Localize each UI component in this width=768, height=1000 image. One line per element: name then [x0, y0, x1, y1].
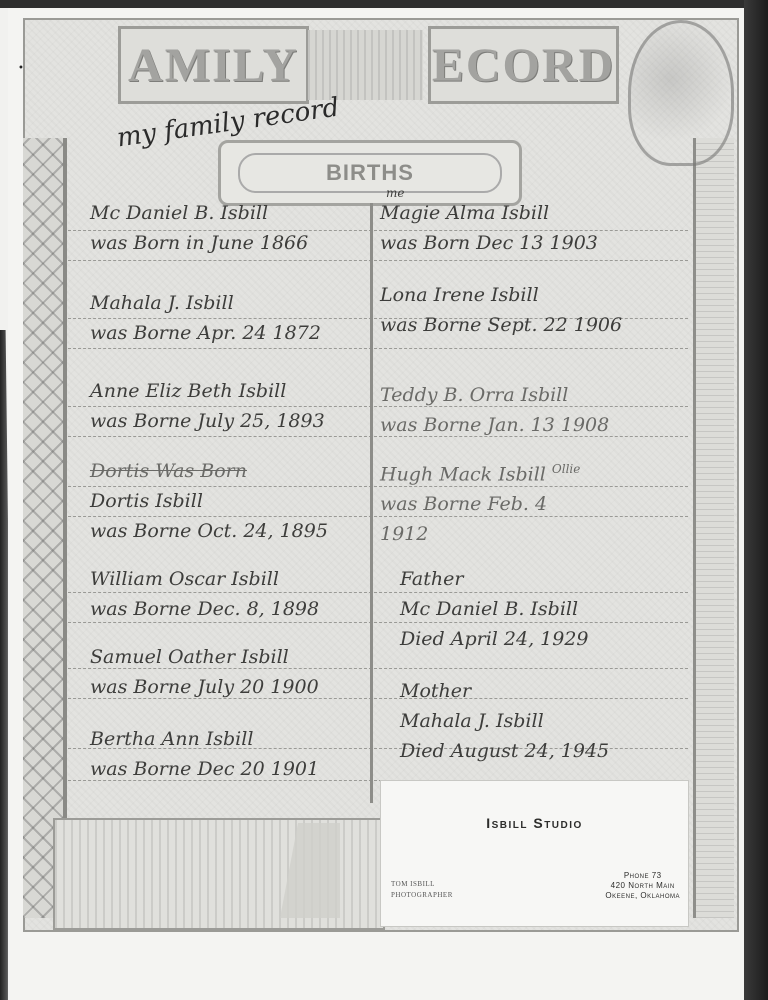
entry-name: Anne Eliz Beth Isbill — [90, 376, 325, 406]
ruled-line — [68, 260, 688, 261]
entry-name: Hugh Mack Isbill — [380, 463, 546, 485]
entry-name: Lona Irene Isbill — [380, 280, 622, 310]
scroll-ornament-icon — [628, 20, 734, 166]
phone: Phone 73 — [605, 871, 680, 881]
mother-name: Mahala J. Isbill — [400, 706, 609, 736]
entry-birth: was Borne Dec 20 1901 — [90, 754, 319, 784]
birth-entry: Hugh Mack Isbill Ollie was Borne Feb. 4 … — [380, 454, 580, 549]
entry-birth: was Borne Feb. 4 — [380, 489, 580, 519]
births-label: BIRTHS — [238, 153, 502, 193]
entry-birth: was Born in June 1866 — [90, 228, 308, 258]
entry-birth: was Borne Jan. 13 1908 — [380, 410, 609, 440]
birth-entry: Bertha Ann Isbill was Borne Dec 20 1901 — [90, 724, 319, 784]
father-died: Died April 24, 1929 — [400, 624, 589, 654]
studio-name: Isbill Studio — [381, 815, 688, 831]
births-banner: BIRTHS — [218, 140, 522, 206]
business-card: Isbill Studio TOM ISBILL PHOTOGRAPHER Ph… — [380, 780, 689, 927]
birth-entry: Mahala J. Isbill was Borne Apr. 24 1872 — [90, 288, 321, 348]
birth-entry: Magie Alma Isbill was Born Dec 13 1903 — [380, 198, 598, 258]
birth-entry: Dortis Was Born Dortis Isbill was Borne … — [90, 456, 328, 546]
entry-birth: was Borne Sept. 22 1906 — [380, 310, 622, 340]
family-record-page: • • • AMILY ECORD my family record BIRTH… — [8, 8, 744, 1000]
ruled-line — [68, 348, 688, 349]
entry-birth-year: 1912 — [380, 519, 580, 549]
contact-block: Phone 73 420 North Main Okeene, Oklahoma — [605, 871, 680, 901]
right-ornamental-border — [693, 138, 734, 918]
entry-name: Samuel Oather Isbill — [90, 642, 319, 672]
entry-name: William Oscar Isbill — [90, 564, 319, 594]
entry-name: Bertha Ann Isbill — [90, 724, 319, 754]
entry-birth: was Borne July 20 1900 — [90, 672, 319, 702]
entry-name: Magie Alma Isbill — [380, 198, 598, 228]
birth-entry: Mc Daniel B. Isbill was Born in June 186… — [90, 198, 308, 258]
address: 420 North Main — [605, 881, 680, 891]
father-label: Father — [400, 564, 589, 594]
birth-entry: Lona Irene Isbill was Borne Sept. 22 190… — [380, 280, 622, 340]
father-record: Father Mc Daniel B. Isbill Died April 24… — [400, 564, 589, 654]
title-family: AMILY — [118, 26, 309, 104]
entry-birth: was Borne Apr. 24 1872 — [90, 318, 321, 348]
entry-birth: was Borne Dec. 8, 1898 — [90, 594, 319, 624]
father-name: Mc Daniel B. Isbill — [400, 594, 589, 624]
owner-block: TOM ISBILL PHOTOGRAPHER — [391, 879, 453, 901]
birth-entry: Teddy B. Orra Isbill was Borne Jan. 13 1… — [380, 380, 609, 440]
mother-died: Died August 24, 1945 — [400, 736, 609, 766]
entry-name: Mc Daniel B. Isbill — [90, 198, 308, 228]
title-record: ECORD — [428, 26, 619, 104]
owner-name: TOM ISBILL — [391, 879, 453, 890]
entry-name: Dortis Isbill — [90, 486, 328, 516]
scan-right-edge — [744, 0, 768, 1000]
left-ornamental-border — [23, 138, 67, 918]
city: Okeene, Oklahoma — [605, 891, 680, 901]
birth-entry: Anne Eliz Beth Isbill was Borne July 25,… — [90, 376, 325, 436]
entry-name: Teddy B. Orra Isbill — [380, 380, 609, 410]
entry-aside: Ollie — [552, 462, 580, 476]
entry-birth: was Born Dec 13 1903 — [380, 228, 598, 258]
birth-entry: Samuel Oather Isbill was Borne July 20 1… — [90, 642, 319, 702]
entry-birth: was Borne July 25, 1893 — [90, 406, 325, 436]
mother-record: Mother Mahala J. Isbill Died August 24, … — [400, 676, 609, 766]
mother-label: Mother — [400, 676, 609, 706]
owner-title: PHOTOGRAPHER — [391, 890, 453, 901]
entry-name: Mahala J. Isbill — [90, 288, 321, 318]
column-divider — [370, 203, 373, 803]
title-ornament — [308, 30, 423, 100]
entry-birth: was Borne Oct. 24, 1895 — [90, 516, 328, 546]
struck-text: Dortis Was Born — [90, 456, 328, 486]
birth-entry: William Oscar Isbill was Borne Dec. 8, 1… — [90, 564, 319, 624]
scan-top-edge — [0, 0, 768, 8]
